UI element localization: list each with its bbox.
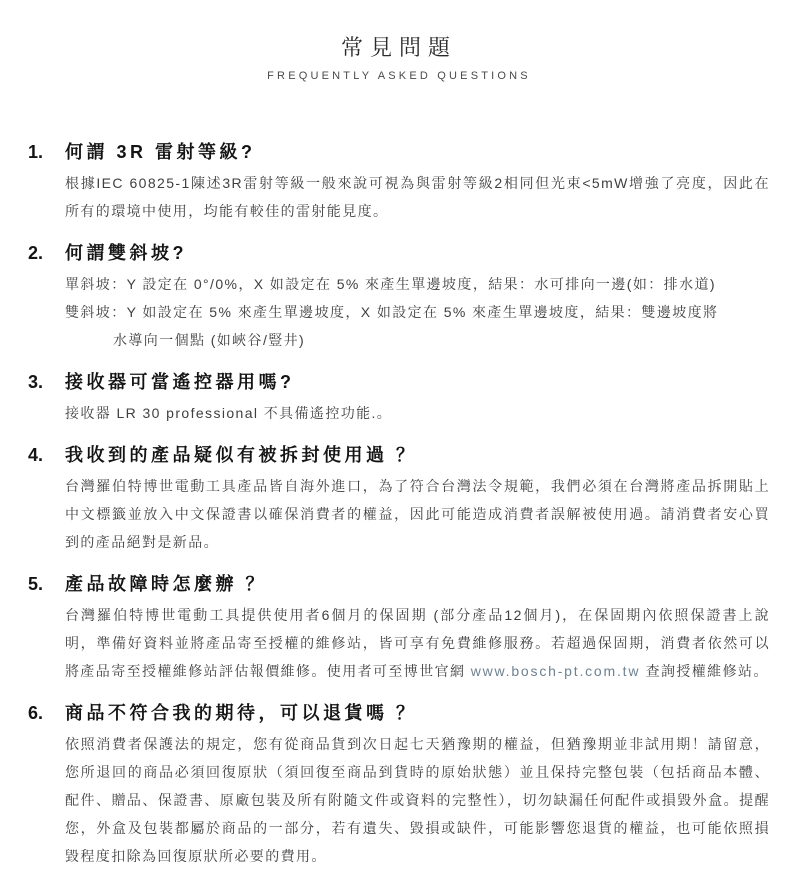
faq-list: 1. 何謂 3R 雷射等級? 根據IEC 60825-1陳述3R雷射等級一般來說… xyxy=(28,139,770,870)
bosch-website-link[interactable]: www.bosch-pt.com.tw xyxy=(471,663,641,679)
page-subtitle: FREQUENTLY ASKED QUESTIONS xyxy=(28,69,770,83)
page-title: 常見問題 xyxy=(28,34,770,62)
faq-answer-2: 單斜坡：Y 設定在 0°/0%，X 如設定在 5% 來產生單邊坡度，結果：水可排… xyxy=(65,270,770,354)
faq-answer-text: 查詢授權維修站。 xyxy=(640,663,769,679)
faq-answer-6: 依照消費者保護法的規定，您有從商品貨到次日起七天猶豫期的權益，但猶豫期並非試用期… xyxy=(65,730,770,870)
faq-question-4: 4. 我收到的產品疑似有被拆封使用過 ？ xyxy=(28,442,770,468)
faq-question-number: 4. xyxy=(28,442,65,468)
faq-answer-4: 台灣羅伯特博世電動工具產品皆自海外進口，為了符合台灣法令規範，我們必須在台灣將產… xyxy=(65,472,770,556)
faq-question-text: 何謂雙斜坡? xyxy=(65,240,187,266)
faq-answer-line: 水導向一個點 (如峽谷/豎井) xyxy=(65,326,770,354)
faq-question-text: 何謂 3R 雷射等級? xyxy=(65,139,256,165)
faq-answer-1: 根據IEC 60825-1陳述3R雷射等級一般來說可視為與雷射等級2相同但光束<… xyxy=(65,169,770,225)
faq-question-text: 我收到的產品疑似有被拆封使用過 ？ xyxy=(65,442,418,468)
faq-question-text: 產品故障時怎麼辦 ？ xyxy=(65,571,267,597)
faq-question-6: 6. 商品不符合我的期待，可以退貨嗎 ？ xyxy=(28,700,770,726)
faq-answer-3: 接收器 LR 30 professional 不具備遙控功能.。 xyxy=(65,399,770,427)
faq-answer-line: 雙斜坡：Y 如設定在 5% 來產生單邊坡度，X 如設定在 5% 來產生單邊坡度，… xyxy=(65,298,770,326)
faq-question-text: 接收器可當遙控器用嗎? xyxy=(65,369,295,395)
faq-question-number: 2. xyxy=(28,240,65,266)
faq-question-number: 6. xyxy=(28,700,65,726)
page-header: 常見問題 FREQUENTLY ASKED QUESTIONS xyxy=(28,34,770,83)
faq-question-2: 2. 何謂雙斜坡? xyxy=(28,240,770,266)
faq-question-3: 3. 接收器可當遙控器用嗎? xyxy=(28,369,770,395)
faq-item-1: 1. 何謂 3R 雷射等級? 根據IEC 60825-1陳述3R雷射等級一般來說… xyxy=(28,139,770,225)
faq-question-text: 商品不符合我的期待，可以退貨嗎 ？ xyxy=(65,700,418,726)
faq-item-3: 3. 接收器可當遙控器用嗎? 接收器 LR 30 professional 不具… xyxy=(28,369,770,427)
faq-item-6: 6. 商品不符合我的期待，可以退貨嗎 ？ 依照消費者保護法的規定，您有從商品貨到… xyxy=(28,700,770,870)
faq-question-number: 5. xyxy=(28,571,65,597)
faq-question-1: 1. 何謂 3R 雷射等級? xyxy=(28,139,770,165)
faq-question-number: 1. xyxy=(28,139,65,165)
faq-item-5: 5. 產品故障時怎麼辦 ？ 台灣羅伯特博世電動工具提供使用者6個月的保固期 (部… xyxy=(28,571,770,685)
faq-question-number: 3. xyxy=(28,369,65,395)
faq-question-5: 5. 產品故障時怎麼辦 ？ xyxy=(28,571,770,597)
faq-item-2: 2. 何謂雙斜坡? 單斜坡：Y 設定在 0°/0%，X 如設定在 5% 來產生單… xyxy=(28,240,770,354)
faq-page: 常見問題 FREQUENTLY ASKED QUESTIONS 1. 何謂 3R… xyxy=(0,0,800,877)
faq-answer-5: 台灣羅伯特博世電動工具提供使用者6個月的保固期 (部分產品12個月)，在保固期內… xyxy=(65,601,770,685)
faq-answer-line: 單斜坡：Y 設定在 0°/0%，X 如設定在 5% 來產生單邊坡度，結果：水可排… xyxy=(65,270,770,298)
faq-item-4: 4. 我收到的產品疑似有被拆封使用過 ？ 台灣羅伯特博世電動工具產品皆自海外進口… xyxy=(28,442,770,556)
